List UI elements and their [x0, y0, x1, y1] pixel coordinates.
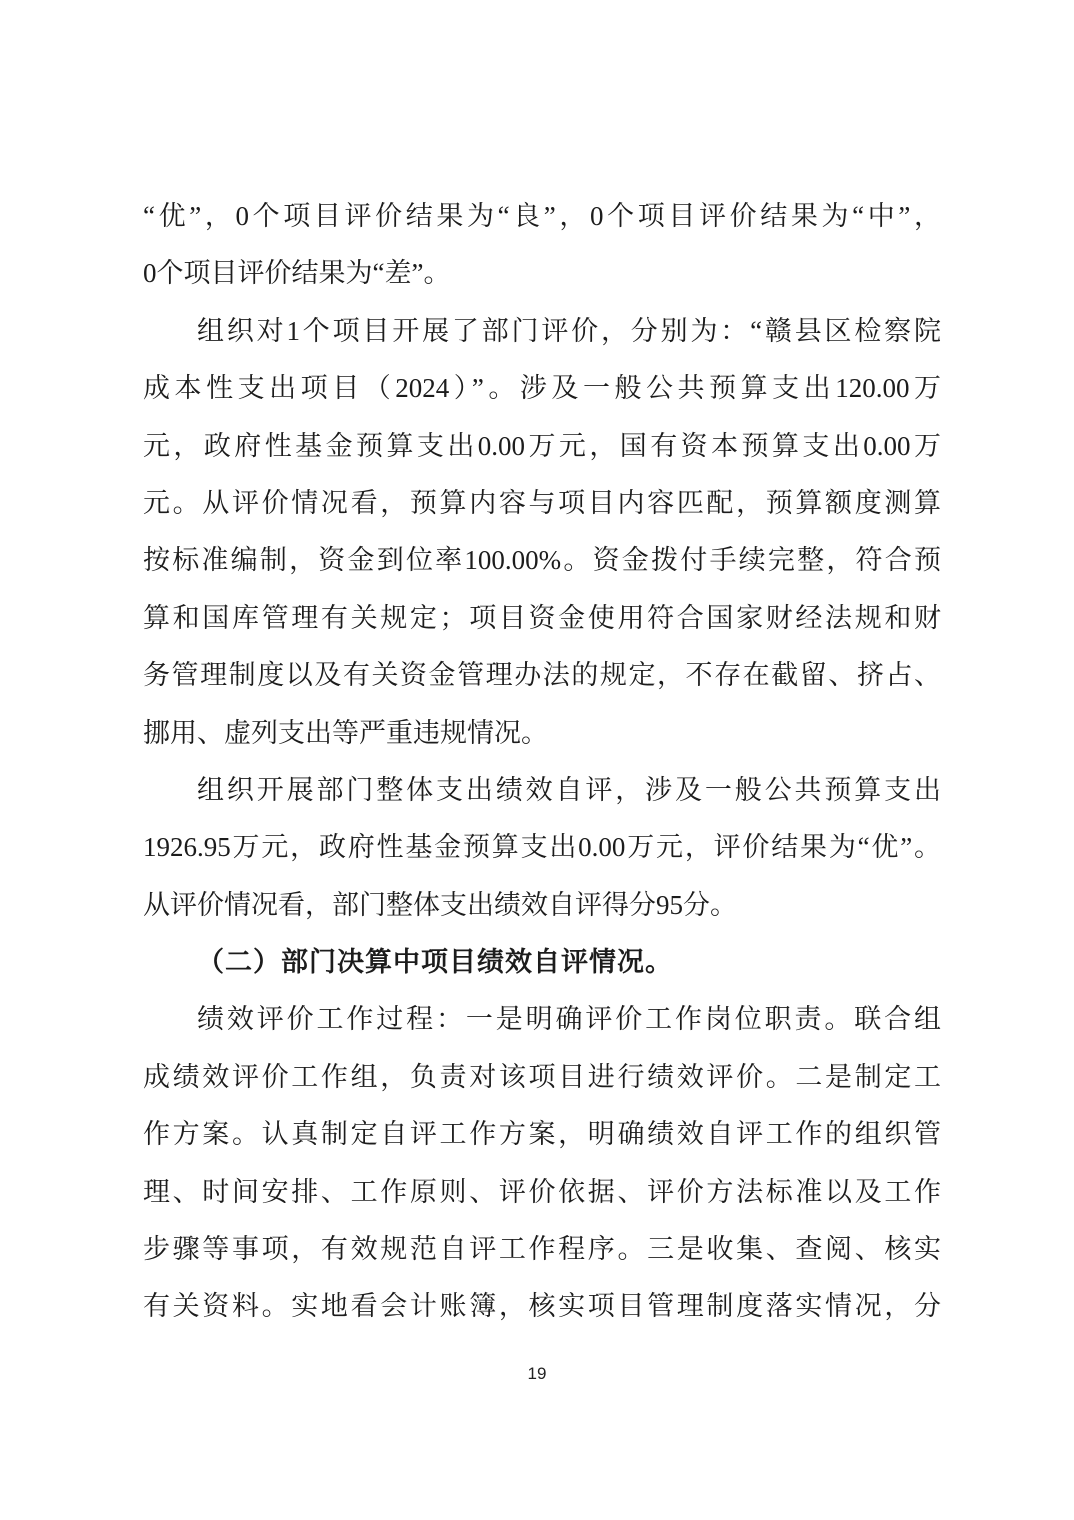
- text-line: 理、时间安排、工作原则、评价依据、评价方法标准以及工作: [143, 1164, 941, 1221]
- text-line: 成绩效评价工作组，负责对该项目进行绩效评价。二是制定工: [143, 1049, 941, 1106]
- text-line: 组织开展部门整体支出绩效自评，涉及一般公共预算支出: [143, 762, 941, 819]
- text-line: “优”，0个项目评价结果为“良”，0个项目评价结果为“中”，: [143, 188, 941, 245]
- text-line: 元，政府性基金预算支出0.00万元，国有资本预算支出0.00万: [143, 418, 941, 475]
- page-number: 19: [0, 1364, 1074, 1384]
- document-body-text: “优”，0个项目评价结果为“良”，0个项目评价结果为“中”， 0个项目评价结果为…: [143, 188, 941, 1336]
- text-line: 挪用、虚列支出等严重违规情况。: [143, 705, 941, 762]
- text-line: 元。从评价情况看，预算内容与项目内容匹配，预算额度测算: [143, 475, 941, 532]
- text-line: 步骤等事项，有效规范自评工作程序。三是收集、查阅、核实: [143, 1221, 941, 1278]
- text-line: 1926.95万元，政府性基金预算支出0.00万元，评价结果为“优”。: [143, 819, 941, 876]
- text-line: 组织对1个项目开展了部门评价，分别为：“赣县区检察院: [143, 303, 941, 360]
- text-line: 绩效评价工作过程：一是明确评价工作岗位职责。联合组: [143, 991, 941, 1048]
- text-line: 按标准编制，资金到位率100.00%。资金拨付手续完整，符合预: [143, 532, 941, 589]
- text-line: 0个项目评价结果为“差”。: [143, 245, 941, 302]
- text-line: 作方案。认真制定自评工作方案，明确绩效自评工作的组织管: [143, 1106, 941, 1163]
- section-heading: （二）部门决算中项目绩效自评情况。: [143, 934, 941, 991]
- text-line: 算和国库管理有关规定；项目资金使用符合国家财经法规和财: [143, 590, 941, 647]
- text-line: 有关资料。实地看会计账簿，核实项目管理制度落实情况，分: [143, 1278, 941, 1335]
- text-line: 成本性支出项目（2024）”。涉及一般公共预算支出120.00万: [143, 360, 941, 417]
- document-page: “优”，0个项目评价结果为“良”，0个项目评价结果为“中”， 0个项目评价结果为…: [0, 0, 1074, 1520]
- text-line: 从评价情况看，部门整体支出绩效自评得分95分。: [143, 877, 941, 934]
- text-line: 务管理制度以及有关资金管理办法的规定，不存在截留、挤占、: [143, 647, 941, 704]
